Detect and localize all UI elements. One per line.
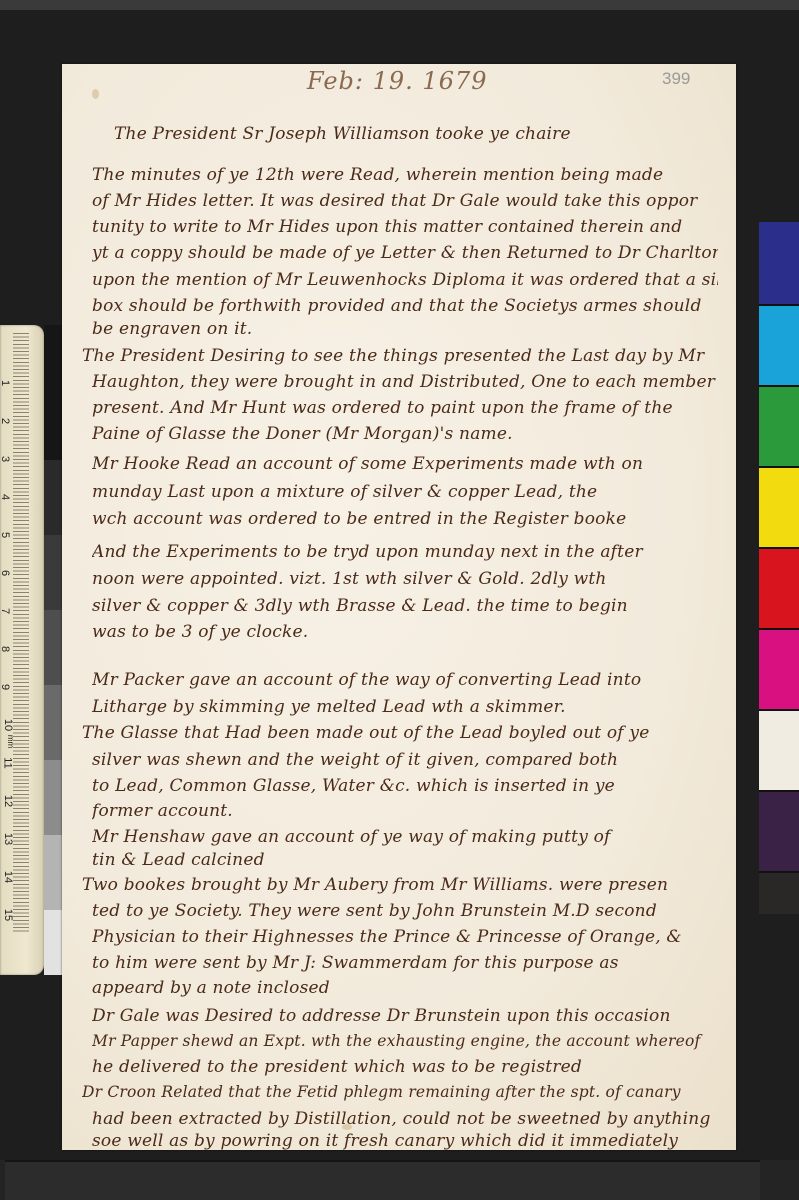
manuscript-line: And the Experiments to be tryd upon mund…: [92, 542, 718, 562]
greyscale-step: [44, 535, 62, 610]
ruler-unit-label: mm: [6, 735, 15, 748]
manuscript-line: Mr Packer gave an account of the way of …: [92, 670, 718, 690]
folio-number: 399: [662, 69, 690, 89]
manuscript-line: box should be forthwith provided and tha…: [92, 296, 718, 316]
manuscript-line: The President Desiring to see the things…: [82, 346, 718, 366]
greyscale-step: [44, 460, 62, 535]
swatch-purple: [759, 792, 799, 873]
swatch-green: [759, 387, 799, 468]
ruler-tick-label: 1: [0, 380, 11, 386]
ruler-tick-label: 9: [0, 684, 11, 690]
manuscript-line: tin & Lead calcined: [92, 850, 718, 870]
ruler-millimetre-scale: [13, 333, 29, 933]
ruler-tick-label: 11: [2, 757, 14, 768]
manuscript-line: Haughton, they were brought in and Distr…: [92, 372, 718, 392]
ruler-tick-label: 8: [0, 646, 11, 652]
swatch-yellow: [759, 468, 799, 549]
swatch-white: [759, 711, 799, 792]
manuscript-line: of Mr Hides letter. It was desired that …: [92, 191, 718, 211]
measurement-ruler: 1 2 3 4 5 6 7 8 9 10 mm 11 12 13 14 15: [0, 325, 44, 975]
swatch-cyan: [759, 306, 799, 387]
greyscale-step: [44, 325, 62, 460]
manuscript-line: had been extracted by Distillation, coul…: [92, 1109, 718, 1129]
manuscript-line: Paine of Glasse the Doner (Mr Morgan)'s …: [92, 424, 718, 444]
ruler-tick-label: 14: [2, 871, 14, 883]
manuscript-line: Mr Hooke Read an account of some Experim…: [92, 454, 718, 474]
manuscript-line: he delivered to the president which was …: [92, 1057, 718, 1077]
manuscript-line: tunity to write to Mr Hides upon this ma…: [92, 217, 718, 237]
manuscript-line: munday Last upon a mixture of silver & c…: [92, 482, 718, 502]
manuscript-line: The minutes of ye 12th were Read, wherei…: [92, 165, 718, 185]
mount-lower-board: [5, 1160, 760, 1200]
manuscript-line: present. And Mr Hunt was ordered to pain…: [92, 398, 718, 418]
ruler-tick-label: 2: [0, 418, 11, 424]
manuscript-line: yt a coppy should be made of ye Letter &…: [92, 243, 718, 263]
manuscript-line: upon the mention of Mr Leuwenhocks Diplo…: [92, 270, 718, 290]
greyscale-step: [44, 835, 62, 910]
manuscript-line: be engraven on it.: [92, 319, 718, 339]
scanner-top-edge: [0, 0, 799, 10]
ruler-tick-label: 12: [2, 795, 14, 807]
manuscript-line: Dr Croon Related that the Fetid phlegm r…: [82, 1083, 718, 1101]
swatch-black: [759, 873, 799, 914]
ruler-tick-label: 4: [0, 494, 11, 500]
ruler-tick-label: 10: [2, 719, 14, 731]
manuscript-line: Mr Henshaw gave an account of ye way of …: [92, 827, 718, 847]
swatch-blue: [759, 222, 799, 306]
manuscript-line: Physician to their Highnesses the Prince…: [92, 927, 718, 947]
greyscale-step: [44, 610, 62, 685]
swatch-red: [759, 549, 799, 630]
manuscript-line: Litharge by skimming ye melted Lead wth …: [92, 697, 718, 717]
manuscript-line: soe well as by powring on it fresh canar…: [92, 1131, 718, 1151]
ruler-tick-label: 5: [0, 532, 11, 538]
swatch-magenta: [759, 630, 799, 711]
ruler-tick-label: 6: [0, 570, 11, 576]
ruler-tick-label: 13: [2, 833, 14, 845]
manuscript-line: silver & copper & 3dly wth Brasse & Lead…: [92, 596, 718, 616]
greyscale-step: [44, 685, 62, 760]
manuscript-line: Two bookes brought by Mr Aubery from Mr …: [82, 875, 718, 895]
manuscript-line: noon were appointed. vizt. 1st wth silve…: [92, 569, 718, 589]
manuscript-line: former account.: [92, 801, 718, 821]
manuscript-line: Mr Papper shewd an Expt. wth the exhaust…: [92, 1032, 718, 1050]
manuscript-line: to him were sent by Mr J: Swammerdam for…: [92, 953, 718, 973]
manuscript-line: silver was shewn and the weight of it gi…: [92, 750, 718, 770]
color-calibration-target: [759, 222, 799, 914]
manuscript-line: The Glasse that Had been made out of the…: [82, 723, 718, 743]
date-heading: Feb: 19. 1679: [307, 67, 488, 95]
manuscript-line: to Lead, Common Glasse, Water &c. which …: [92, 776, 718, 796]
manuscript-page: Feb: 19. 1679 399 The President Sr Josep…: [62, 64, 736, 1150]
manuscript-line: The President Sr Joseph Williamson tooke…: [114, 124, 718, 144]
greyscale-step: [44, 760, 62, 835]
manuscript-line: ted to ye Society. They were sent by Joh…: [92, 901, 718, 921]
greyscale-step: [44, 910, 62, 975]
foxing-spot: [92, 89, 99, 99]
ruler-tick-label: 3: [0, 456, 11, 462]
manuscript-line: wch account was ordered to be entred in …: [92, 509, 718, 529]
manuscript-line: Dr Gale was Desired to addresse Dr Bruns…: [92, 1006, 718, 1026]
manuscript-line: was to be 3 of ye clocke.: [92, 622, 718, 642]
manuscript-line: appeard by a note inclosed: [92, 978, 718, 998]
ruler-tick-label: 15: [2, 909, 14, 921]
ruler-tick-label: 7: [0, 608, 11, 614]
